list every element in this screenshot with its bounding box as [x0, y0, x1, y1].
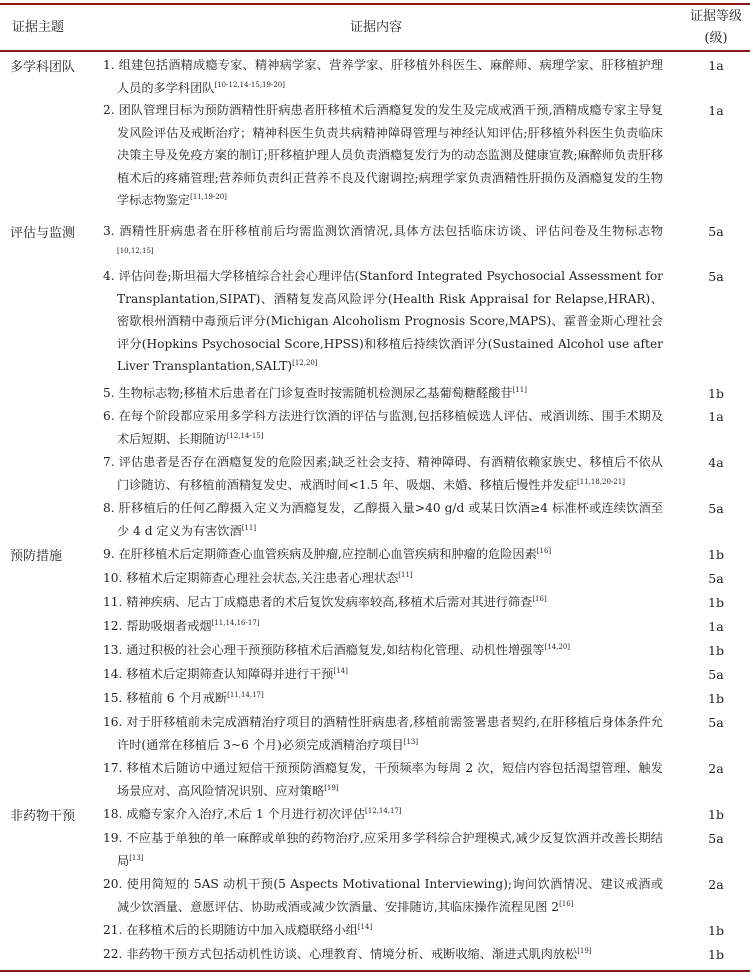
- citation-ref: [19]: [577, 947, 591, 955]
- citation-ref: [11,14,17]: [227, 691, 264, 699]
- item-number: 13.: [103, 643, 122, 657]
- item-number: 14.: [103, 667, 122, 681]
- citation-ref: [13]: [129, 853, 143, 861]
- evidence-level: 1a: [696, 407, 736, 427]
- table-row: 10. 移植术后定期筛查心理社会状态,关注患者心理状态[11]: [103, 567, 663, 590]
- evidence-level: 1a: [696, 617, 736, 637]
- evidence-text: 精神疾病、尼古丁成瘾患者的术后复饮发病率较高,移植术后需对其进行筛查: [126, 595, 532, 609]
- item-number: 4.: [103, 269, 115, 283]
- evidence-level: 2a: [696, 875, 736, 895]
- evidence-content: 22. 非药物干预方式包括动机性访谈、心理教育、情境分析、戒断收缩、渐进式肌肉放…: [103, 943, 663, 966]
- table-row: 21. 在移植术后的长期随访中加入成瘾联络小组[14]: [103, 919, 663, 942]
- item-number: 9.: [103, 547, 115, 561]
- evidence-text: 组建包括酒精成瘾专家、精神病学家、营养学家、肝移植外科医生、麻醉师、病理学家、肝…: [117, 58, 663, 95]
- table-row: 19. 不应基于单独的单一麻醉或单独的药物治疗,应采用多学科综合护理模式,减少反…: [103, 827, 663, 872]
- item-number: 18.: [103, 807, 122, 821]
- table-row: 18. 成瘾专家介入治疗,术后 1 个月进行初次评估[12,14,17]: [103, 803, 663, 826]
- citation-ref: [12,14,17]: [365, 807, 402, 815]
- item-number: 8.: [103, 501, 115, 515]
- citation-ref: [11]: [513, 386, 527, 394]
- evidence-text: 评估问卷;斯坦福大学移植综合社会心理评估(Stanford Integrated…: [117, 269, 663, 373]
- evidence-level: 5a: [696, 222, 736, 242]
- citation-ref: [11,14,16-17]: [212, 619, 260, 627]
- evidence-text: 移植术后定期筛查认知障碍并进行干预: [126, 667, 333, 681]
- evidence-level: 4a: [696, 453, 736, 473]
- item-number: 16.: [103, 715, 122, 729]
- citation-ref: [10-12,14-15,19-20]: [215, 80, 285, 88]
- table-top-rule: [0, 3, 750, 5]
- item-number: 20.: [103, 877, 122, 891]
- table-row: 4. 评估问卷;斯坦福大学移植综合社会心理评估(Stanford Integra…: [103, 265, 663, 378]
- evidence-text: 移植术后随访中通过短信干预预防酒瘾复发，干预频率为每周 2 次，短信内容包括渴望…: [117, 761, 663, 798]
- table-row: 1. 组建包括酒精成瘾专家、精神病学家、营养学家、肝移植外科医生、麻醉师、病理学…: [103, 54, 663, 99]
- evidence-text: 在每个阶段都应采用多学科方法进行饮酒的评估与监测,包括移植候选人评估、戒酒训练、…: [117, 409, 663, 446]
- evidence-level: 2a: [696, 759, 736, 779]
- evidence-content: 3. 酒精性肝病患者在肝移植前后均需监测饮酒情况,具体方法包括临床访谈、评估问卷…: [103, 220, 663, 265]
- evidence-content: 17. 移植术后随访中通过短信干预预防酒瘾复发，干预频率为每周 2 次，短信内容…: [103, 757, 663, 802]
- citation-ref: [13]: [404, 737, 418, 745]
- evidence-text: 评估患者是否存在酒瘾复发的危险因素;缺乏社会支持、精神障碍、有酒精依赖家族史、移…: [117, 455, 663, 492]
- evidence-content: 5. 生物标志物;移植术后患者在门诊复查时按需随机检测尿乙基葡萄糖醛酸苷[11]: [103, 382, 663, 405]
- citation-ref: [11]: [242, 523, 256, 531]
- evidence-level: 1b: [696, 593, 736, 613]
- evidence-text: 在移植术后的长期随访中加入成瘾联络小组: [126, 923, 358, 937]
- item-number: 22.: [103, 947, 122, 961]
- citation-ref: [19]: [324, 783, 338, 791]
- evidence-level: 1b: [696, 689, 736, 709]
- evidence-content: 9. 在肝移植术后定期筛查心血管疾病及肿瘤,应控制心血管疾病和肿瘤的危险因素[1…: [103, 543, 663, 566]
- evidence-content: 1. 组建包括酒精成瘾专家、精神病学家、营养学家、肝移植外科医生、麻醉师、病理学…: [103, 54, 663, 99]
- evidence-level: 5a: [696, 569, 736, 589]
- item-number: 2.: [103, 103, 115, 117]
- evidence-content: 6. 在每个阶段都应采用多学科方法进行饮酒的评估与监测,包括移植候选人评估、戒酒…: [103, 405, 663, 450]
- table-row: 5. 生物标志物;移植术后患者在门诊复查时按需随机检测尿乙基葡萄糖醛酸苷[11]: [103, 382, 663, 405]
- evidence-level: 1b: [696, 921, 736, 941]
- citation-ref: [10,12,15]: [117, 246, 154, 254]
- evidence-content: 19. 不应基于单独的单一麻醉或单独的药物治疗,应采用多学科综合护理模式,减少反…: [103, 827, 663, 872]
- evidence-text: 使用简短的 5AS 动机干预(5 Aspects Motivational In…: [117, 877, 663, 914]
- evidence-content: 13. 通过积极的社会心理干预预防移植术后酒瘾复发,如结构化管理、动机性增强等[…: [103, 639, 663, 662]
- evidence-content: 8. 肝移植后的任何乙醇摄入定义为酒瘾复发，乙醇摄入量>40 g/d 或某日饮酒…: [103, 497, 663, 542]
- item-number: 7.: [103, 455, 115, 469]
- topic-label: 预防措施: [10, 547, 62, 567]
- evidence-level: 1b: [696, 641, 736, 661]
- item-number: 6.: [103, 409, 115, 423]
- table-row: 15. 移植前 6 个月戒断[11,14,17]: [103, 687, 663, 710]
- evidence-text: 生物标志物;移植术后患者在门诊复查时按需随机检测尿乙基葡萄糖醛酸苷: [119, 386, 513, 400]
- evidence-content: 4. 评估问卷;斯坦福大学移植综合社会心理评估(Stanford Integra…: [103, 265, 663, 378]
- item-number: 5.: [103, 386, 115, 400]
- citation-ref: [12,20]: [292, 359, 318, 367]
- item-number: 1.: [103, 58, 115, 72]
- evidence-level: 1a: [696, 56, 736, 76]
- header-level: 证据等级(级): [688, 6, 744, 50]
- evidence-text: 移植前 6 个月戒断: [126, 691, 227, 705]
- citation-ref: [16]: [537, 547, 551, 555]
- evidence-text: 肝移植后的任何乙醇摄入定义为酒瘾复发，乙醇摄入量>40 g/d 或某日饮酒≥4 …: [117, 501, 663, 538]
- evidence-text: 帮助吸烟者戒烟: [126, 619, 211, 633]
- table-row: 12. 帮助吸烟者戒烟[11,14,16-17]: [103, 615, 663, 638]
- header-topic: 证据主题: [12, 16, 64, 39]
- evidence-content: 18. 成瘾专家介入治疗,术后 1 个月进行初次评估[12,14,17]: [103, 803, 663, 826]
- evidence-level: 5a: [696, 829, 736, 849]
- citation-ref: [14]: [358, 923, 372, 931]
- item-number: 17.: [103, 761, 122, 775]
- evidence-level: 1b: [696, 945, 736, 965]
- citation-ref: [16]: [559, 899, 573, 907]
- table-row: 13. 通过积极的社会心理干预预防移植术后酒瘾复发,如结构化管理、动机性增强等[…: [103, 639, 663, 662]
- item-number: 12.: [103, 619, 122, 633]
- evidence-content: 20. 使用简短的 5AS 动机干预(5 Aspects Motivationa…: [103, 873, 663, 918]
- item-number: 11.: [103, 595, 122, 609]
- table-row: 16. 对于肝移植前未完成酒精治疗项目的酒精性肝病患者,移植前需签署患者契约,在…: [103, 711, 663, 756]
- table-row: 2. 团队管理目标为预防酒精性肝病患者肝移植术后酒瘾复发的发生及完成戒酒干预,酒…: [103, 99, 663, 212]
- evidence-text: 不应基于单独的单一麻醉或单独的药物治疗,应采用多学科综合护理模式,减少反复饮酒并…: [117, 831, 663, 868]
- table-header-rule: [0, 50, 750, 52]
- evidence-text: 在肝移植术后定期筛查心血管疾病及肿瘤,应控制心血管疾病和肿瘤的危险因素: [119, 547, 537, 561]
- item-number: 19.: [103, 831, 122, 845]
- evidence-level: 5a: [696, 267, 736, 287]
- table-bottom-rule: [0, 970, 750, 972]
- citation-ref: [16]: [532, 595, 546, 603]
- evidence-content: 10. 移植术后定期筛查心理社会状态,关注患者心理状态[11]: [103, 567, 663, 590]
- table-row: 3. 酒精性肝病患者在肝移植前后均需监测饮酒情况,具体方法包括临床访谈、评估问卷…: [103, 220, 663, 265]
- evidence-text: 移植术后定期筛查心理社会状态,关注患者心理状态: [126, 571, 398, 585]
- citation-ref: [14,20]: [545, 643, 571, 651]
- header-content: 证据内容: [350, 16, 402, 39]
- evidence-text: 对于肝移植前未完成酒精治疗项目的酒精性肝病患者,移植前需签署患者契约,在肝移植后…: [117, 715, 663, 752]
- evidence-content: 16. 对于肝移植前未完成酒精治疗项目的酒精性肝病患者,移植前需签署患者契约,在…: [103, 711, 663, 756]
- table-row: 22. 非药物干预方式包括动机性访谈、心理教育、情境分析、戒断收缩、渐进式肌肉放…: [103, 943, 663, 966]
- citation-ref: [14]: [333, 667, 347, 675]
- evidence-content: 12. 帮助吸烟者戒烟[11,14,16-17]: [103, 615, 663, 638]
- topic-label: 多学科团队: [10, 58, 75, 78]
- citation-ref: [11,19-20]: [190, 193, 227, 201]
- evidence-level: 5a: [696, 713, 736, 733]
- evidence-content: 21. 在移植术后的长期随访中加入成瘾联络小组[14]: [103, 919, 663, 942]
- evidence-text: 非药物干预方式包括动机性访谈、心理教育、情境分析、戒断收缩、渐进式肌肉放松: [126, 947, 577, 961]
- item-number: 21.: [103, 923, 122, 937]
- table-row: 20. 使用简短的 5AS 动机干预(5 Aspects Motivationa…: [103, 873, 663, 918]
- item-number: 3.: [103, 224, 115, 238]
- table-row: 7. 评估患者是否存在酒瘾复发的危险因素;缺乏社会支持、精神障碍、有酒精依赖家族…: [103, 451, 663, 496]
- evidence-content: 7. 评估患者是否存在酒瘾复发的危险因素;缺乏社会支持、精神障碍、有酒精依赖家族…: [103, 451, 663, 496]
- evidence-text: 成瘾专家介入治疗,术后 1 个月进行初次评估: [126, 807, 365, 821]
- table-row: 11. 精神疾病、尼古丁成瘾患者的术后复饮发病率较高,移植术后需对其进行筛查[1…: [103, 591, 663, 614]
- evidence-level: 1b: [696, 384, 736, 404]
- citation-ref: [11]: [398, 571, 412, 579]
- table-row: 9. 在肝移植术后定期筛查心血管疾病及肿瘤,应控制心血管疾病和肿瘤的危险因素[1…: [103, 543, 663, 566]
- evidence-text: 酒精性肝病患者在肝移植前后均需监测饮酒情况,具体方法包括临床访谈、评估问卷及生物…: [119, 224, 663, 238]
- table-row: 14. 移植术后定期筛查认知障碍并进行干预[14]: [103, 663, 663, 686]
- table-row: 17. 移植术后随访中通过短信干预预防酒瘾复发，干预频率为每周 2 次，短信内容…: [103, 757, 663, 802]
- evidence-text: 通过积极的社会心理干预预防移植术后酒瘾复发,如结构化管理、动机性增强等: [126, 643, 544, 657]
- evidence-level: 1b: [696, 805, 736, 825]
- evidence-content: 15. 移植前 6 个月戒断[11,14,17]: [103, 687, 663, 710]
- item-number: 10.: [103, 571, 122, 585]
- evidence-level: 5a: [696, 665, 736, 685]
- item-number: 15.: [103, 691, 122, 705]
- evidence-level: 1b: [696, 545, 736, 565]
- evidence-content: 2. 团队管理目标为预防酒精性肝病患者肝移植术后酒瘾复发的发生及完成戒酒干预,酒…: [103, 99, 663, 212]
- citation-ref: [12,14-15]: [227, 431, 264, 439]
- topic-label: 非药物干预: [10, 807, 75, 827]
- citation-ref: [11,18,20-21]: [577, 477, 625, 485]
- evidence-content: 11. 精神疾病、尼古丁成瘾患者的术后复饮发病率较高,移植术后需对其进行筛查[1…: [103, 591, 663, 614]
- evidence-level: 1a: [696, 101, 736, 121]
- evidence-level: 5a: [696, 499, 736, 519]
- evidence-text: 团队管理目标为预防酒精性肝病患者肝移植术后酒瘾复发的发生及完成戒酒干预,酒精成瘾…: [117, 103, 663, 207]
- evidence-content: 14. 移植术后定期筛查认知障碍并进行干预[14]: [103, 663, 663, 686]
- topic-label: 评估与监测: [10, 224, 75, 244]
- table-row: 8. 肝移植后的任何乙醇摄入定义为酒瘾复发，乙醇摄入量>40 g/d 或某日饮酒…: [103, 497, 663, 542]
- table-row: 6. 在每个阶段都应采用多学科方法进行饮酒的评估与监测,包括移植候选人评估、戒酒…: [103, 405, 663, 450]
